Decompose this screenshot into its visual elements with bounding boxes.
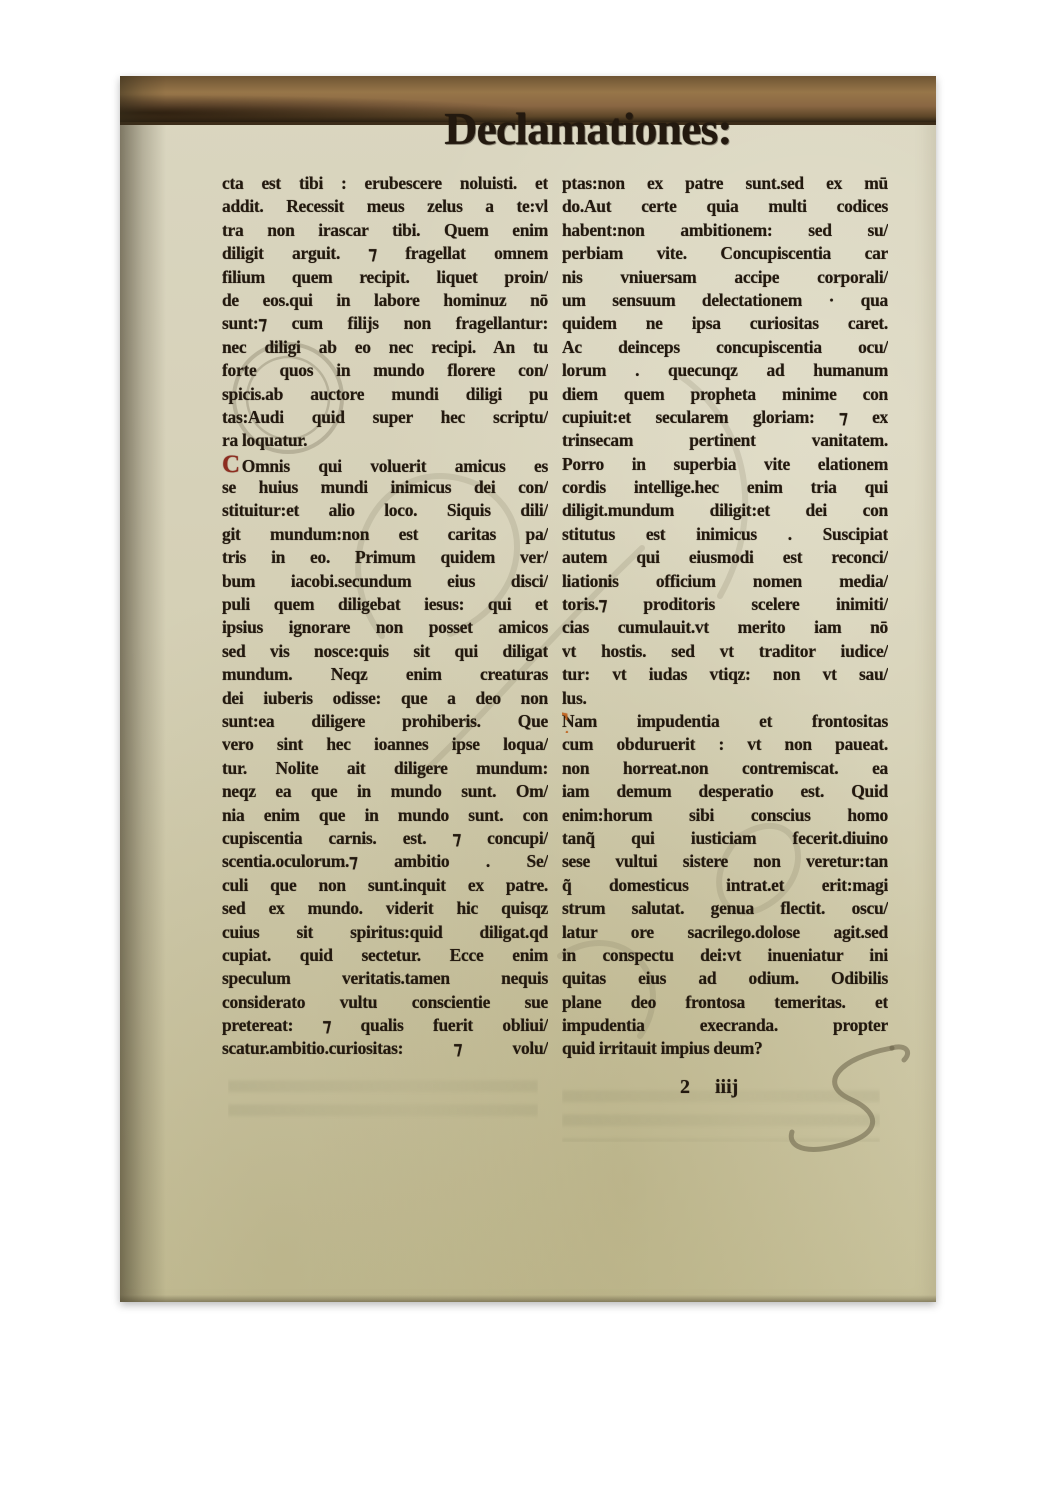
text-line-content: enim:horum sibi conscius homo [562,805,888,825]
text-line: cum obduruerit : vt non paueat. [562,733,888,756]
text-line: se huius mundi inimicus dei con/ [222,476,548,499]
text-line-content: liationis officium nomen media/ [562,571,888,591]
text-line: cupiat. quid sectetur. Ecce enim [222,944,548,967]
text-line: cias cumulauit.vt merito iam nō [562,616,888,639]
text-line-content: vero sint hec ioannes ipse loqua/ [222,734,548,754]
text-line-content: perbiam vite. Concupiscentia car [562,243,888,263]
text-line-content: ptas:non ex patre sunt.sed ex mū [562,173,888,193]
text-line-content: dei iuberis odisse: que a deo non [222,688,548,708]
text-line: in conspectu dei:vt inueniatur ini [562,944,888,967]
text-line-content: diligit arguit. ⁊ fragellat omnem [222,243,548,263]
text-line: nia enim que in mundo sunt. con [222,804,548,827]
text-line-content: cta est tibi : erubescere noluisti. et [222,173,548,193]
text-line-content: iam demum desperatio est. Quid [562,781,888,801]
text-line: nec diligi ab eo nec recipi. An tu [222,336,548,359]
text-line-content: cordis intellige.hec enim tria qui [562,477,888,497]
text-line-content: nec diligi ab eo nec recipi. An tu [222,337,548,357]
text-line-content: tas:Audi quid super hec scriptu/ [222,407,548,427]
text-line-content: tur. Nolite ait diligere mundum: [222,758,548,778]
text-line-content: bum iacobi.secundum eius disci/ [222,571,548,591]
show-through-text [228,1074,538,1126]
text-line-content: cupiuit:et secularem gloriam: ⁊ ex [562,407,888,427]
text-line-content: puli quem diligebat iesus: qui et [222,594,548,614]
text-line-content: strum salutat. genua flectit. oscu/ [562,898,888,918]
text-line: latur ore sacrilego.dolose agit.sed [562,921,888,944]
text-line: stitutus est inimicus . Suscipiat [562,523,888,546]
page-bottom-edge [120,1295,936,1302]
text-line: stituitur:et alio loco. Siquis dili/ [222,499,548,522]
text-line-content: tanq̃ qui iusticiam fecerit.diuino [562,828,888,848]
text-line: mundum. Neqz enim creaturas [222,663,548,686]
right-column: ptas:non ex patre sunt.sed ex mūdo.Aut c… [562,172,888,1061]
text-line-content: Omnis qui voluerit amicus es [242,456,548,476]
text-line: tur: vt iudas vtiqz: non vt sau/ [562,663,888,686]
text-line: perbiam vite. Concupiscentia car [562,242,888,265]
text-line: diligit.mundum diligit:et dei con [562,499,888,522]
text-line-content: cum obduruerit : vt non paueat. [562,734,888,754]
text-line: vero sint hec ioannes ipse loqua/ [222,733,548,756]
text-line: trinsecam pertinent vanitatem. [562,429,888,452]
text-line: lus. [562,687,888,710]
text-line-content: addit. Recessit meus zelus a te:vl [222,196,548,216]
text-line: non horreat.non contremiscat. ea [562,757,888,780]
text-line-content: de eos.qui in labore hominuz nō [222,290,548,310]
text-line-content: vt hostis. sed vt traditor iudice/ [562,641,888,661]
text-line: sed ex mundo. viderit hic quisqz [222,897,548,920]
text-line: quidem ne ipsa curiositas caret. [562,312,888,335]
text-line-content: latur ore sacrilego.dolose agit.sed [562,922,888,942]
text-line-content: in conspectu dei:vt inueniatur ini [562,945,888,965]
text-line-content: quidem ne ipsa curiositas caret. [562,313,888,333]
text-line-content: stitutus est inimicus . Suscipiat [562,524,888,544]
text-line-content: tur: vt iudas vtiqz: non vt sau/ [562,664,888,684]
text-line-content: pretereat: ⁊ qualis fuerit obliui/ [222,1015,548,1035]
text-line-content: ra loquatur. [222,430,307,450]
text-line: nis vniuersam accipe corporali/ [562,266,888,289]
text-line: diligit arguit. ⁊ fragellat omnem [222,242,548,265]
text-block: cta est tibi : erubescere noluisti. etad… [222,172,888,1061]
text-line-content: tris in eo. Primum quidem ver/ [222,547,548,567]
text-line-content: autem qui eiusmodi est reconci/ [562,547,888,567]
text-line-content: git mundum:non est caritas pa/ [222,524,548,544]
text-line-content: q̃ domesticus intrat.et erit:magi [562,875,888,895]
text-line: tur. Nolite ait diligere mundum: [222,757,548,780]
text-line: vt hostis. sed vt traditor iudice/ [562,640,888,663]
text-line-content: sunt:ea diligere prohiberis. Que [222,711,548,731]
text-line-content: cupiat. quid sectetur. Ecce enim [222,945,548,965]
page-title: Declamationes: [390,102,786,160]
text-line: q̃ domesticus intrat.et erit:magi [562,874,888,897]
text-line: neqz ea que in mundo sunt. Om/ [222,780,548,803]
text-line-content: tra non irascar tibi. Quem enim [222,220,548,240]
text-line: autem qui eiusmodi est reconci/ [562,546,888,569]
text-line: enim:horum sibi conscius homo [562,804,888,827]
text-line: puli quem diligebat iesus: qui et [222,593,548,616]
text-line-content: lorum . quecunqz ad humanum [562,360,888,380]
text-line-content: scatur.ambitio.curiositas: ⁊ volu/ [222,1038,548,1058]
text-line-content: Ac deinceps concupiscentia ocu/ [562,337,888,357]
text-line: de eos.qui in labore hominuz nō [222,289,548,312]
text-line-content: forte quos in mundo florere con/ [222,360,548,380]
text-line-content: sed ex mundo. viderit hic quisqz [222,898,548,918]
text-line: lorum . quecunqz ad humanum [562,359,888,382]
text-line: impudentia execranda. propter [562,1014,888,1037]
text-line: toris.⁊ proditoris scelere inimiti/ [562,593,888,616]
text-line: quid irritauit impius deum? [562,1037,888,1060]
text-line: tanq̃ qui iusticiam fecerit.diuino [562,827,888,850]
text-line: filium quem recipit. liquet proin/ [222,266,548,289]
text-line: COmnis qui voluerit amicus es [222,453,548,476]
text-line-content: lus. [562,688,587,708]
text-line: ipsius ignorare non posset amicos [222,616,548,639]
text-line: do.Aut certe quia multi codices [562,195,888,218]
text-line: habent:non ambitionem: sed su/ [562,219,888,242]
text-line: quitas eius ad odium. Odibilis [562,967,888,990]
text-line: cuius sit spiritus:quid diligat.qd [222,921,548,944]
text-line: bum iacobi.secundum eius disci/ [222,570,548,593]
text-line: sunt:⁊ cum filijs non fragellantur: [222,312,548,335]
text-line-content: sese vultui sistere non veretur:tan [562,851,888,871]
text-line-content: quitas eius ad odium. Odibilis [562,968,888,988]
text-line-content: Nam impudentia et frontositas [562,711,888,731]
text-line-content: plane deo frontosa temeritas. et [562,992,888,1012]
text-line-content: considerato vultu conscientie sue [222,992,548,1012]
text-line-content: se huius mundi inimicus dei con/ [222,477,548,497]
text-line-content: stituitur:et alio loco. Siquis dili/ [222,500,548,520]
text-line: forte quos in mundo florere con/ [222,359,548,382]
text-line: liationis officium nomen media/ [562,570,888,593]
text-line: culi que non sunt.inquit ex patre. [222,874,548,897]
text-line: tas:Audi quid super hec scriptu/ [222,406,548,429]
text-line: tris in eo. Primum quidem ver/ [222,546,548,569]
gutter-shadow [120,76,166,1302]
scanned-book-page: Declamationes: cta est tibi : erubescere… [120,76,936,1302]
text-line: cupiuit:et secularem gloriam: ⁊ ex [562,406,888,429]
text-line-content: diem quem propheta minime con [562,384,888,404]
text-line: speculum veritatis.tamen nequis [222,967,548,990]
text-line-content: mundum. Neqz enim creaturas [222,664,548,684]
text-line-content: cupiscentia carnis. est. ⁊ concupi/ [222,828,548,848]
text-line-content: cias cumulauit.vt merito iam nō [562,617,888,637]
text-line-content: trinsecam pertinent vanitatem. [562,430,888,450]
text-line-content: ipsius ignorare non posset amicos [222,617,548,637]
text-line: cordis intellige.hec enim tria qui [562,476,888,499]
text-line: Porro in superbia vite elationem [562,453,888,476]
text-line: scentia.oculorum.⁊ ambitio . Se/ [222,850,548,873]
text-line-content: Porro in superbia vite elationem [562,454,888,474]
text-line-content: nis vniuersam accipe corporali/ [562,267,888,287]
text-line: um sensuum delectationem · qua [562,289,888,312]
text-line: addit. Recessit meus zelus a te:vl [222,195,548,218]
text-line-content: um sensuum delectationem · qua [562,290,888,310]
text-line: tra non irascar tibi. Quem enim [222,219,548,242]
text-line: cta est tibi : erubescere noluisti. et [222,172,548,195]
quire-signature: 2 iiij [680,1076,820,1099]
text-line-content: cuius sit spiritus:quid diligat.qd [222,922,548,942]
text-line: pretereat: ⁊ qualis fuerit obliui/ [222,1014,548,1037]
text-line-content: scentia.oculorum.⁊ ambitio . Se/ [222,851,548,871]
text-line: ptas:non ex patre sunt.sed ex mū [562,172,888,195]
text-line: ra loquatur. [222,429,548,452]
text-line-content: quid irritauit impius deum? [562,1038,762,1058]
rubricated-initial: C [562,710,571,733]
text-line: CNam impudentia et frontositas [562,710,888,733]
text-line: diem quem propheta minime con [562,383,888,406]
text-line-content: impudentia execranda. propter [562,1015,888,1035]
text-line: sed vis nosce:quis sit qui diligat [222,640,548,663]
left-column: cta est tibi : erubescere noluisti. etad… [222,172,548,1061]
text-line: strum salutat. genua flectit. oscu/ [562,897,888,920]
text-line: Ac deinceps concupiscentia ocu/ [562,336,888,359]
text-line-content: non horreat.non contremiscat. ea [562,758,888,778]
text-line: sunt:ea diligere prohiberis. Que [222,710,548,733]
rubricated-initial: C [222,453,240,476]
text-line: spicis.ab auctore mundi diligi pu [222,383,548,406]
text-line-content: speculum veritatis.tamen nequis [222,968,548,988]
text-line-content: nia enim que in mundo sunt. con [222,805,548,825]
text-line: dei iuberis odisse: que a deo non [222,687,548,710]
text-line-content: neqz ea que in mundo sunt. Om/ [222,781,548,801]
text-line-content: culi que non sunt.inquit ex patre. [222,875,548,895]
text-line: sese vultui sistere non veretur:tan [562,850,888,873]
text-line: cupiscentia carnis. est. ⁊ concupi/ [222,827,548,850]
text-line-content: spicis.ab auctore mundi diligi pu [222,384,548,404]
text-line-content: diligit.mundum diligit:et dei con [562,500,888,520]
text-line: plane deo frontosa temeritas. et [562,991,888,1014]
text-line-content: do.Aut certe quia multi codices [562,196,888,216]
text-line-content: habent:non ambitionem: sed su/ [562,220,888,240]
text-line-content: sunt:⁊ cum filijs non fragellantur: [222,313,548,333]
text-line: iam demum desperatio est. Quid [562,780,888,803]
text-line: considerato vultu conscientie sue [222,991,548,1014]
text-line: git mundum:non est caritas pa/ [222,523,548,546]
text-line: scatur.ambitio.curiositas: ⁊ volu/ [222,1037,548,1060]
text-line-content: sed vis nosce:quis sit qui diligat [222,641,548,661]
text-line-content: filium quem recipit. liquet proin/ [222,267,548,287]
text-line-content: toris.⁊ proditoris scelere inimiti/ [562,594,888,614]
